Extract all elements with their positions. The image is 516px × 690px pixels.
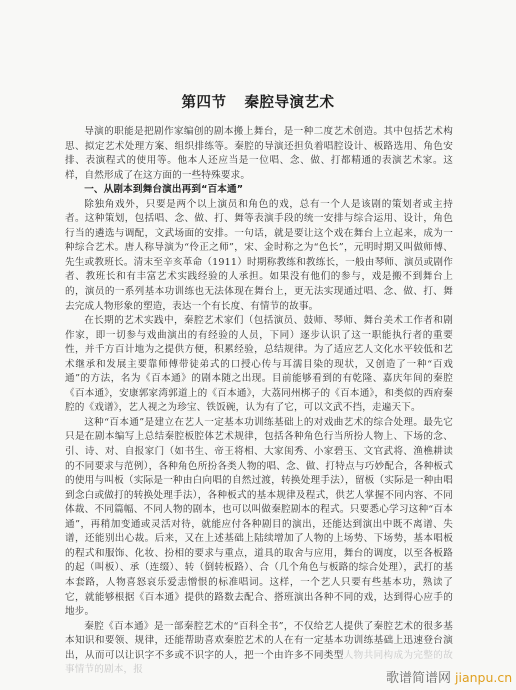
section-title: 第四节秦腔导演艺术 [0, 91, 516, 112]
watermark-text: 歌谱简谱网 [386, 671, 451, 686]
body-paragraph: 除独角戏外，只要是两个以上演员和角色的戏，总有一个人是该剧的策划者或主持者。这种… [65, 198, 453, 314]
document-page: 第四节秦腔导演艺术 导演的职能是把剧作家编创的剧本搬上舞台，是一种二度艺术创造。… [0, 0, 516, 690]
watermark-brand: jianpu.cn [455, 670, 512, 685]
intro-paragraph: 导演的职能是把剧作家编创的剧本搬上舞台，是一种二度艺术创造。其中包括艺术构思、拟… [65, 125, 453, 183]
body-paragraph: 在长期的艺术实践中，秦腔艺术家们（包括演员、鼓师、琴师、舞台美术工作者和剧作家，… [65, 314, 453, 416]
section-heading: 秦腔导演艺术 [245, 94, 335, 111]
subsection-heading: 一、从剧本到舞台演出再到“百本通” [65, 183, 453, 198]
body-paragraph: 这种“百本通”是建立在艺人一定基本功训练基础上的对戏曲艺术的综合处理。最先它只是… [65, 416, 453, 620]
section-number: 第四节 [182, 94, 227, 111]
document-body: 导演的职能是把剧作家编创的剧本搬上舞台，是一种二度艺术创造。其中包括艺术构思、拟… [65, 125, 453, 678]
site-watermark: 歌谱简谱网jianpu.cn [386, 667, 512, 686]
